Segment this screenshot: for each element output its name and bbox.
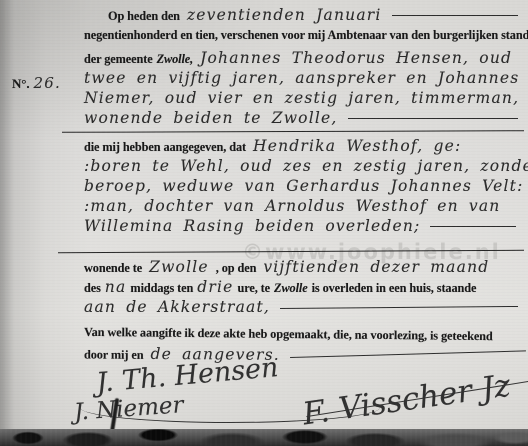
death-date-entry: vijftienden dezer maand (263, 258, 489, 276)
death-line-1: wonende te Zwolle , op den vijftienden d… (84, 258, 489, 276)
daypart-entry: na (105, 278, 127, 296)
printed-text: der gemeente (84, 52, 153, 67)
scan-edge-band (0, 429, 528, 446)
section-rule (62, 130, 524, 133)
death-certificate-scan: N°. 26. Op heden den zeventienden Januar… (0, 0, 528, 446)
declarant1-entry: Johannes Theodorus Hensen, oud (200, 49, 512, 67)
death-line-3: aan de Akkerstraat, (84, 298, 520, 316)
ruled-dash (392, 15, 518, 16)
opening-line-4: twee en vijftig jaren, aanspreker en Joh… (84, 69, 519, 87)
act-number-label: N°. (12, 76, 30, 92)
handwritten-entry: :man, dochter van Arnoldus Westhof en va… (84, 197, 501, 215)
ruled-dash (290, 350, 526, 358)
declaration-line-5: Willemina Rasing beiden overleden; (84, 217, 518, 235)
declaration-line-4: :man, dochter van Arnoldus Westhof en va… (84, 197, 501, 215)
residence-entry: Zwolle (149, 258, 209, 276)
printed-text: negentienhonderd en tien, verschenen voo… (84, 28, 528, 43)
death-line-2: des na middags ten drie ure, te Zwolle i… (84, 278, 476, 296)
printed-text: Van welke aangifte ik deze akte heb opge… (84, 325, 493, 344)
printed-text: die mij hebben aangegeven, dat (84, 140, 246, 155)
printed-text: is overleden in een huis, staande (312, 281, 477, 296)
opening-line-2: negentienhonderd en tien, verschenen voo… (84, 28, 528, 43)
printed-text: Op heden den (108, 9, 180, 24)
printed-text: , op den (216, 261, 257, 276)
act-number-value: 26. (34, 74, 61, 92)
handwritten-entry: Willemina Rasing beiden overleden; (84, 217, 420, 235)
hour-entry: drie (197, 278, 233, 296)
registration-date-entry: zeventienden Januari (187, 6, 382, 24)
opening-line-3: der gemeente Zwolle, Johannes Theodorus … (84, 49, 512, 67)
deceased-name-entry: Hendrika Westhof, ge: (253, 137, 461, 155)
handwritten-entry: Niemer, oud vier en zestig jaren, timmer… (84, 89, 519, 107)
printed-text: wonende te (84, 261, 142, 276)
handwritten-entry: :boren te Wehl, oud zes en zestig jaren,… (84, 157, 528, 175)
act-number: N°. 26. (12, 74, 61, 92)
handwritten-entry: twee en vijftig jaren, aanspreker en Joh… (84, 69, 519, 87)
handwritten-entry: beroep, weduwe van Gerhardus Johannes Ve… (84, 177, 524, 195)
municipality-name: Zwolle, (157, 52, 194, 67)
declaration-line-3: beroep, weduwe van Gerhardus Johannes Ve… (84, 177, 524, 195)
ruled-dash (280, 306, 518, 309)
handwritten-entry: wonende beiden te Zwolle, (84, 109, 338, 127)
closing-line-1: Van welke aangifte ik deze akte heb opge… (84, 325, 493, 344)
printed-text: middags ten (130, 281, 193, 296)
address-entry: aan de Akkerstraat, (84, 298, 270, 316)
opening-line-1: Op heden den zeventienden Januari (108, 6, 520, 24)
printed-text: ure, te (237, 281, 270, 296)
ruled-dash (348, 118, 518, 119)
ruled-dash (430, 226, 516, 227)
printed-text: des (84, 281, 101, 296)
city-name: Zwolle (274, 281, 308, 296)
opening-line-5: Niemer, oud vier en zestig jaren, timmer… (84, 89, 519, 107)
declaration-line-1: die mij hebben aangegeven, dat Hendrika … (84, 137, 461, 155)
printed-text: door mij en (84, 347, 144, 362)
opening-line-6: wonende beiden te Zwolle, (84, 109, 520, 127)
declaration-line-2: :boren te Wehl, oud zes en zestig jaren,… (84, 157, 528, 175)
